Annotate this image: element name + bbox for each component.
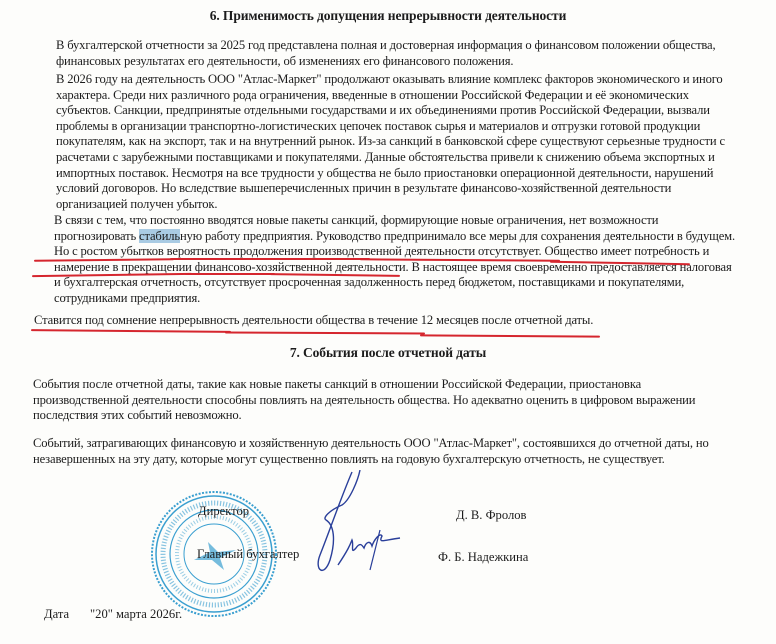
text-fragment: ную работу предприятия. Руководство пред… xyxy=(180,229,735,243)
text-line-underlined: Ставится под сомнение непрерывность деят… xyxy=(34,313,593,329)
text-line: сотрудниками предприятия. xyxy=(54,291,735,307)
text-line: В бухгалтерской отчетности за 2025 год п… xyxy=(56,38,716,54)
red-underline xyxy=(170,258,370,260)
text-line: условий договоров. Но вследствие вышепер… xyxy=(56,181,725,197)
date-value: "20" марта 2026г. xyxy=(90,607,182,622)
text-fragment: прогнозировать xyxy=(54,229,139,243)
section-6-heading: 6. Применимость допущения непрерывности … xyxy=(0,8,776,24)
text-line: В связи с тем, что постоянно вводятся но… xyxy=(54,213,735,229)
accountant-name: Ф. Б. Надежкина xyxy=(438,550,528,565)
section-6-paragraph-1: В бухгалтерской отчетности за 2025 год п… xyxy=(56,38,716,69)
text-line: покупателям, как на экспорт, так и на вн… xyxy=(56,134,725,150)
text-line: Событий, затрагивающих финансовую и хозя… xyxy=(33,436,709,452)
text-line: проблемы в организации транспортно-логис… xyxy=(56,119,725,135)
red-underline xyxy=(225,331,425,334)
signature-icon xyxy=(300,470,420,590)
text-line: организацией получен убыток. xyxy=(56,197,725,213)
section-6-paragraph-2: В 2026 году на деятельность ООО "Атлас-М… xyxy=(56,72,725,212)
red-underline xyxy=(185,273,275,275)
text-line: расчетами с зарубежными поставщиками и п… xyxy=(56,150,725,166)
text-line: субъектов. Санкции, предпринятые отдельн… xyxy=(56,103,725,119)
section-7-paragraph-2: Событий, затрагивающих финансовую и хозя… xyxy=(33,436,709,467)
text-line-underlined: Но с ростом убытков вероятность продолже… xyxy=(54,244,735,260)
director-title: Директор xyxy=(198,504,249,519)
text-line: В 2026 году на деятельность ООО "Атлас-М… xyxy=(56,72,725,88)
director-name: Д. В. Фролов xyxy=(456,508,527,523)
date-label: Дата xyxy=(44,607,69,622)
section-6-conclusion: Ставится под сомнение непрерывность деят… xyxy=(34,313,593,329)
text-line: События после отчетной даты, такие как н… xyxy=(33,377,695,393)
text-line: импортных поставок. Несмотря на все труд… xyxy=(56,166,725,182)
section-7-heading: 7. События после отчетной даты xyxy=(0,345,776,361)
highlighted-text[interactable]: стабиль xyxy=(139,229,180,243)
text-line: прогнозировать стабильную работу предпри… xyxy=(54,229,735,245)
text-line: характера. Среди них различного рода огр… xyxy=(56,88,725,104)
text-line: и бухгалтерская отчетность, отсутствует … xyxy=(54,275,735,291)
text-line: последствия этих событий невозможно. xyxy=(33,408,695,424)
text-line: производственной деятельности способны п… xyxy=(33,393,695,409)
text-line: незавершенных на эту дату, которые могут… xyxy=(33,452,709,468)
accountant-title: Главный бухгалтер xyxy=(197,547,299,562)
red-underline xyxy=(31,329,231,333)
red-underline xyxy=(420,334,600,337)
text-line: финансовых результатах его деятельности,… xyxy=(56,54,716,70)
section-7-paragraph-1: События после отчетной даты, такие как н… xyxy=(33,377,695,424)
document-page: 6. Применимость допущения непрерывности … xyxy=(0,0,776,644)
